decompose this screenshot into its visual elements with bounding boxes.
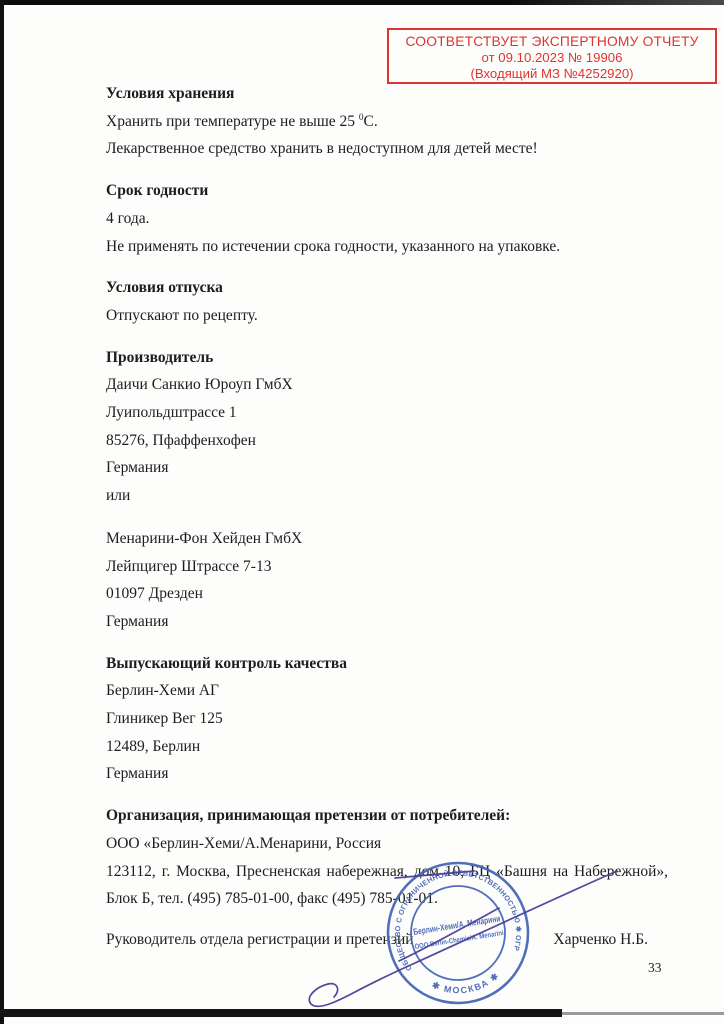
approval-stamp: СООТВЕТСТВУЕТ ЭКСПЕРТНОМУ ОТЧЕТУ от 09.1… bbox=[387, 28, 717, 84]
manufacturer-city: 85276, Пфаффенхофен bbox=[106, 427, 668, 455]
storage-heading: Условия хранения bbox=[106, 80, 668, 108]
manufacturer-country: Германия bbox=[106, 454, 668, 482]
storage-line-1: Хранить при температуре не выше 25 0С. bbox=[106, 108, 668, 136]
qc-name: Берлин-Хеми АГ bbox=[106, 677, 668, 705]
approval-stamp-line1: СООТВЕТСТВУЕТ ЭКСПЕРТНОМУ ОТЧЕТУ bbox=[389, 33, 715, 50]
scan-edge-left bbox=[0, 0, 4, 1024]
manufacturer2-country: Германия bbox=[106, 608, 668, 636]
page-number: 33 bbox=[648, 960, 662, 976]
scan-edge-top bbox=[0, 0, 724, 5]
storage-line-2: Лекарственное средство хранить в недосту… bbox=[106, 135, 668, 163]
manufacturer2-city: 01097 Дрезден bbox=[106, 580, 668, 608]
qc-heading: Выпускающий контроль качества bbox=[106, 650, 668, 678]
shelf-life-line-1: 4 года. bbox=[106, 205, 668, 233]
signatory-row: Руководитель отдела регистрации и претен… bbox=[106, 926, 648, 954]
signatory-name: Харченко Н.Б. bbox=[553, 926, 648, 954]
manufacturer-name: Даичи Санкио Юроуп ГмбХ bbox=[106, 371, 668, 399]
seal-bottom-text: ✱ МОСКВА ✱ bbox=[429, 969, 503, 1000]
qc-country: Германия bbox=[106, 760, 668, 788]
manufacturer2-street: Лейпцигер Штрассе 7-13 bbox=[106, 553, 668, 581]
approval-stamp-line2: от 09.10.2023 № 19906 bbox=[389, 50, 715, 66]
dispense-heading: Условия отпуска bbox=[106, 274, 668, 302]
qc-street: Глиникер Вег 125 bbox=[106, 705, 668, 733]
company-seal: ОБЩЕСТВО С ОГРАНИЧЕННОЙ ОТВЕТСТВЕННОСТЬЮ… bbox=[372, 847, 544, 1019]
scanned-document-page: СООТВЕТСТВУЕТ ЭКСПЕРТНОМУ ОТЧЕТУ от 09.1… bbox=[0, 0, 724, 1024]
signatory-title: Руководитель отдела регистрации и претен… bbox=[106, 926, 414, 954]
shelf-life-heading: Срок годности bbox=[106, 177, 668, 205]
manufacturer-heading: Производитель bbox=[106, 344, 668, 372]
dispense-line-1: Отпускают по рецепту. bbox=[106, 302, 668, 330]
manufacturer2-name: Менарини-Фон Хейден ГмбХ bbox=[106, 525, 668, 553]
scan-edge-bottom-faint bbox=[562, 1012, 724, 1015]
or-connector: или bbox=[106, 482, 668, 510]
scan-edge-bottom bbox=[0, 1009, 562, 1017]
manufacturer-street: Луипольдштрассе 1 bbox=[106, 399, 668, 427]
shelf-life-line-2: Не применять по истечении срока годности… bbox=[106, 233, 668, 261]
claims-heading: Организация, принимающая претензии от по… bbox=[106, 802, 668, 830]
qc-city: 12489, Берлин bbox=[106, 733, 668, 761]
document-body: Условия хранения Хранить при температуре… bbox=[106, 80, 668, 913]
claims-line-1: ООО «Берлин-Хеми/А.Менарини, Россия bbox=[106, 830, 668, 858]
seal-ring-text: ОБЩЕСТВО С ОГРАНИЧЕННОЙ ОТВЕТСТВЕННОСТЬЮ… bbox=[372, 847, 527, 976]
